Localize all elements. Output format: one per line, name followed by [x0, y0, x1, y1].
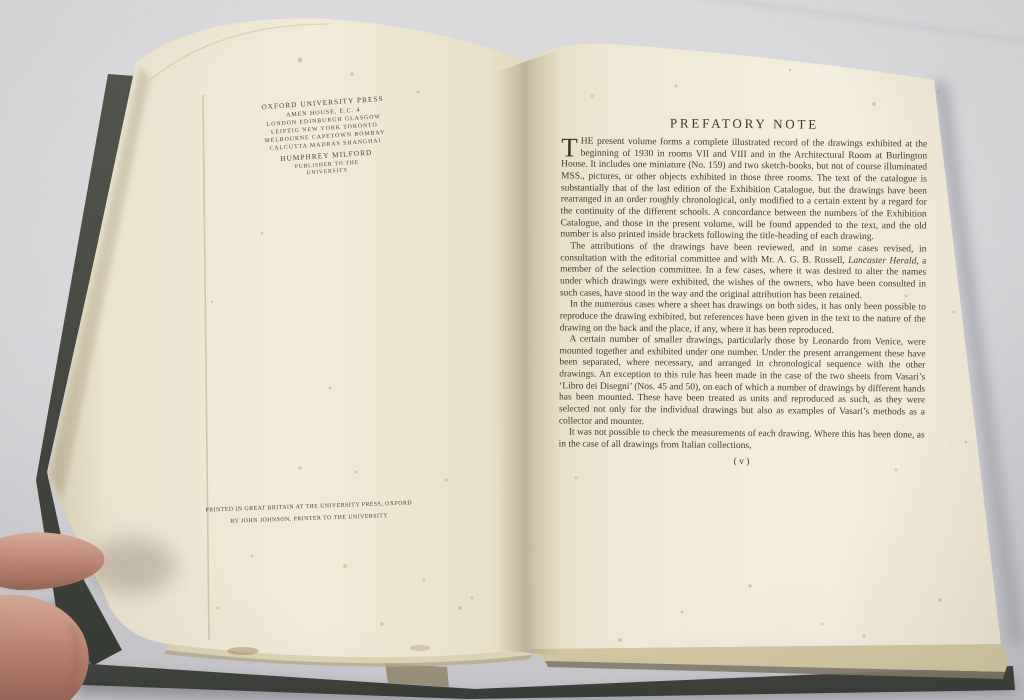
- publisher-imprint: OXFORD UNIVERSITY PRESS AMEN HOUSE, E.C.…: [235, 93, 416, 183]
- lancaster-herald-italic: Lancaster Herald: [848, 255, 916, 266]
- paragraph-4: A certain number of smaller drawings, pa…: [559, 335, 926, 431]
- spine-wear: [385, 663, 449, 687]
- paragraph-5: It was not possible to check the measure…: [559, 428, 925, 455]
- book-photo: OXFORD UNIVERSITY PRESS AMEN HOUSE, E.C.…: [0, 0, 1024, 700]
- paragraph-1-text: HE present volume forms a complete illus…: [560, 137, 927, 243]
- page-heading: PREFATORY NOTE: [561, 114, 927, 133]
- paragraph-3: In the numerous cases where a sheet has …: [560, 300, 926, 338]
- paragraph-2: The attributions of the drawings have be…: [560, 241, 926, 302]
- stain: [410, 645, 430, 651]
- paragraph-1: THE present volume forms a complete illu…: [560, 136, 927, 244]
- backdrop-seam: [690, 0, 1024, 42]
- stain: [227, 647, 259, 655]
- drop-cap: T: [561, 136, 581, 157]
- prefatory-note: PREFATORY NOTE THE present volume forms …: [558, 114, 927, 468]
- gutter-shadow: [496, 50, 562, 656]
